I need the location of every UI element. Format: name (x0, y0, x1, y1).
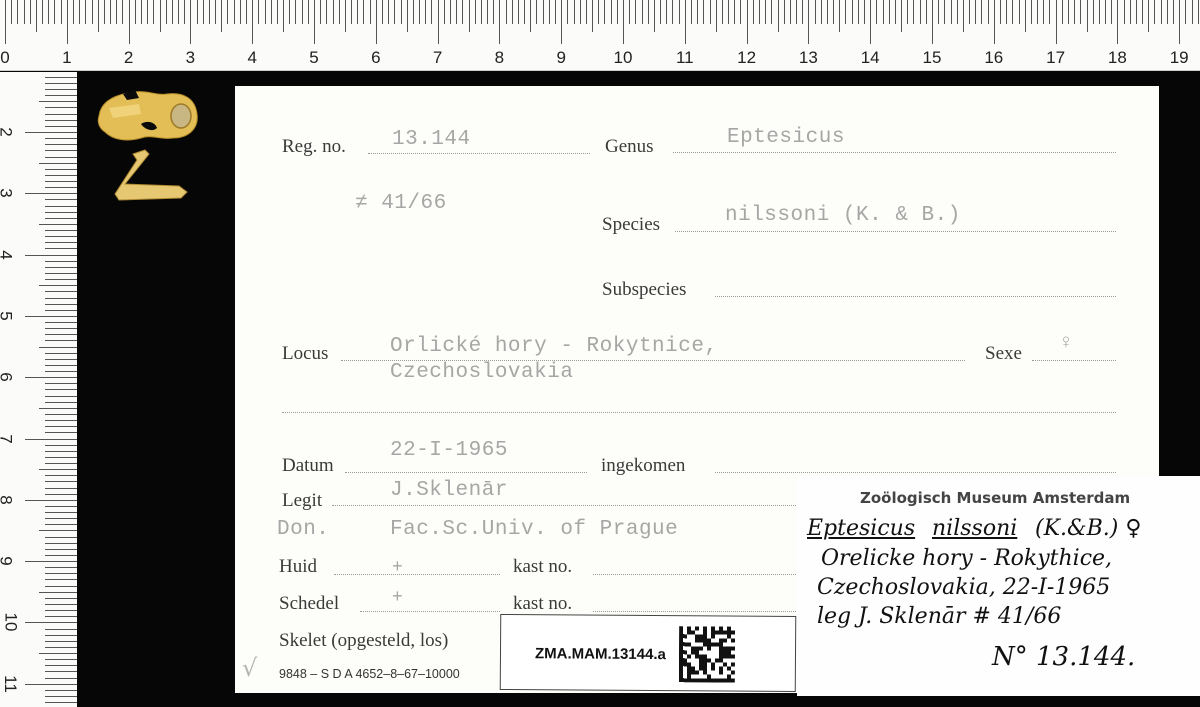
ingekomen-label: ingekomen (601, 455, 685, 477)
ruler-tick (536, 0, 537, 24)
ruler-tick (45, 107, 77, 108)
ruler-tick (703, 0, 704, 24)
ruler-tick (1031, 0, 1032, 24)
ruler-number: 15 (923, 48, 942, 68)
ruler-number: 5 (309, 48, 318, 68)
ruler-tick (258, 0, 259, 24)
ruler-tick (1006, 0, 1007, 24)
ruler-number: 18 (1108, 48, 1127, 68)
ruler-tick (45, 690, 77, 691)
ruler-tick (524, 0, 525, 24)
ruler-tick (833, 0, 834, 24)
ruler-tick (790, 0, 791, 24)
ruler-tick (45, 537, 77, 538)
datum-label: Datum (282, 455, 334, 477)
print-code: 9848 – S D A 4652–8–67–10000 (279, 667, 460, 681)
ruler-tick (39, 163, 77, 164)
ruler-number: 2 (0, 127, 16, 136)
museum-name: Zoölogisch Museum Amsterdam (860, 489, 1130, 507)
ruler-number: 2 (124, 48, 133, 68)
ruler-tick (45, 334, 77, 335)
ruler-tick (963, 0, 964, 32)
ruler-tick (308, 0, 309, 24)
jaw-icon (115, 150, 187, 200)
ruler-tick (1093, 0, 1094, 24)
ruler-number: 13 (799, 48, 818, 68)
ruler-tick (907, 0, 908, 24)
ruler-tick (413, 0, 414, 24)
ruler-tick (45, 665, 77, 666)
ruler-tick (45, 518, 77, 519)
ruler-tick (289, 0, 290, 24)
ruler-tick (845, 0, 846, 24)
ruler-tick (45, 328, 77, 329)
ruler-tick (240, 0, 241, 24)
ruler-tick (320, 0, 321, 24)
ruler-tick (1117, 0, 1118, 44)
ruler-tick (39, 592, 77, 593)
ruler-tick (39, 530, 77, 531)
ruler-tick (45, 114, 77, 115)
ruler-tick (45, 629, 77, 630)
ruler-tick (710, 0, 711, 24)
handwritten-number: N° 13.144. (992, 642, 1135, 672)
ruler-tick (45, 451, 77, 452)
ruler-tick (45, 494, 77, 495)
ruler-tick (654, 0, 655, 32)
ruler-tick (45, 696, 77, 697)
ruler-tick (45, 126, 77, 127)
ruler-tick (45, 702, 77, 703)
sexe-line (1032, 360, 1116, 361)
handwritten-genus: Eptesicus (807, 516, 915, 541)
ruler-tick (39, 347, 77, 348)
ruler-tick (45, 359, 77, 360)
ruler-tick (25, 316, 77, 317)
ruler-number: 8 (0, 495, 16, 504)
ruler-tick (36, 0, 37, 32)
ruler-tick (215, 0, 216, 24)
ruler-number: 7 (0, 434, 16, 443)
ruler-tick (994, 0, 995, 44)
ruler-tick (938, 0, 939, 24)
ruler-tick (876, 0, 877, 24)
ruler-tick (450, 0, 451, 24)
ruler-tick (45, 248, 77, 249)
ruler-tick (30, 0, 31, 24)
ruler-tick (1136, 0, 1137, 24)
museum-label: Zoölogisch Museum Amsterdam Eptesicus ni… (797, 476, 1200, 696)
ruler-tick (45, 279, 77, 280)
ruler-tick (172, 0, 173, 24)
ruler-tick (39, 653, 77, 654)
locus-extra-line (282, 412, 1116, 413)
handwritten-country-date: Czechoslovakia, 22-I-1965 (817, 575, 1110, 600)
ruler-tick (901, 0, 902, 32)
ruler-tick (135, 0, 136, 24)
ruler-tick (666, 0, 667, 24)
genus-line (673, 152, 1116, 153)
ruler-tick (728, 0, 729, 24)
ruler-tick (45, 481, 77, 482)
ruler-tick (45, 322, 77, 323)
ruler-tick (549, 0, 550, 24)
ruler-tick (25, 193, 77, 194)
ruler-tick (1142, 0, 1143, 24)
ruler-tick (39, 469, 77, 470)
ruler-tick (623, 0, 624, 44)
ruler-tick (382, 0, 383, 24)
ruler-tick (45, 635, 77, 636)
ruler-tick (1012, 0, 1013, 24)
skull-specimen-image (95, 88, 205, 208)
ruler-tick (73, 0, 74, 24)
ruler-number: 3 (186, 48, 195, 68)
barcode-label: ZMA.MAM.13144.a (500, 614, 797, 692)
ruler-tick (45, 95, 77, 96)
ruler-tick (184, 0, 185, 24)
ruler-tick (45, 616, 77, 617)
ruler-tick (45, 678, 77, 679)
ruler-number: 12 (737, 48, 756, 68)
ruler-tick (45, 586, 77, 587)
ruler-tick (209, 0, 210, 24)
locus-label: Locus (282, 343, 328, 365)
ruler-tick (734, 0, 735, 24)
ruler-tick (759, 0, 760, 24)
ruler-tick (45, 396, 77, 397)
species-label: Species (602, 214, 660, 236)
ruler-tick (17, 0, 18, 24)
ruler-tick (45, 298, 77, 299)
ruler-tick (722, 0, 723, 24)
ruler-tick (45, 475, 77, 476)
ruler-tick (295, 0, 296, 24)
ruler-tick (802, 0, 803, 24)
ruler-tick (45, 573, 77, 574)
ruler-tick (45, 555, 77, 556)
ruler-tick (45, 647, 77, 648)
ruler-tick (160, 0, 161, 32)
ruler-tick (5, 0, 6, 44)
ruler-tick (629, 0, 630, 24)
ruler-tick (314, 0, 315, 44)
ruler-tick (1087, 0, 1088, 32)
handwritten-species: nilssoni (932, 516, 1017, 541)
ruler-number: 5 (0, 311, 16, 320)
ruler-tick (1037, 0, 1038, 24)
ruler-tick (339, 0, 340, 24)
skelet-label: Skelet (opgesteld, los) (279, 630, 448, 652)
reg-no-line (368, 153, 590, 154)
reg-no-label: Reg. no. (282, 136, 346, 158)
schedel-label: Schedel (279, 593, 339, 615)
ruler-tick (679, 0, 680, 24)
ruler-tick (839, 0, 840, 32)
ruler-tick (178, 0, 179, 24)
ruler-tick (45, 457, 77, 458)
ruler-tick (67, 0, 68, 44)
huid-value: + (392, 558, 403, 578)
ruler-tick (716, 0, 717, 32)
ruler-tick (1062, 0, 1063, 24)
ruler-tick (864, 0, 865, 24)
donor-value: Fac.Sc.Univ. of Prague (390, 518, 678, 541)
ruler-tick (944, 0, 945, 24)
ruler-tick (870, 0, 871, 44)
ruler-tick (45, 414, 77, 415)
ruler-number: 4 (247, 48, 256, 68)
legit-label: Legit (282, 490, 322, 512)
top-ruler: 012345678910111213141516171819 (0, 0, 1200, 71)
ruler-tick (778, 0, 779, 32)
ruler-tick (45, 120, 77, 121)
ruler-tick (487, 0, 488, 24)
ruler-tick (462, 0, 463, 24)
ruler-tick (24, 0, 25, 24)
ruler-number: 10 (614, 48, 633, 68)
ruler-tick (858, 0, 859, 24)
ruler-tick (357, 0, 358, 24)
ruler-tick (45, 512, 77, 513)
ruler-tick (530, 0, 531, 32)
ruler-tick (821, 0, 822, 24)
ruler-tick (45, 199, 77, 200)
ruler-tick (45, 488, 77, 489)
ruler-tick (1049, 0, 1050, 24)
ruler-tick (567, 0, 568, 24)
ruler-tick (512, 0, 513, 24)
ruler-tick (25, 439, 77, 440)
huid-kast-label: kast no. (513, 556, 572, 578)
datum-value: 22-I-1965 (390, 439, 508, 462)
reg-no-value: 13.144 (392, 128, 471, 151)
handwritten-authority-sex: (K.&B.) ♀ (1035, 516, 1141, 541)
ruler-tick (252, 0, 253, 44)
ruler-tick (45, 549, 77, 550)
ruler-tick (376, 0, 377, 44)
ruler-tick (431, 0, 432, 24)
ruler-tick (808, 0, 809, 44)
ruler-tick (45, 144, 77, 145)
ruler-tick (45, 83, 77, 84)
ruler-tick (25, 132, 77, 133)
ruler-tick (740, 0, 741, 24)
ruler-tick (45, 402, 77, 403)
ruler-tick (45, 371, 77, 372)
ruler-tick (45, 340, 77, 341)
ruler-tick (45, 567, 77, 568)
ruler-tick (54, 0, 55, 24)
ruler-tick (203, 0, 204, 24)
ruler-tick (883, 0, 884, 24)
ruler-tick (45, 432, 77, 433)
ruler-tick (45, 353, 77, 354)
ruler-tick (784, 0, 785, 24)
ruler-tick (45, 138, 77, 139)
ruler-tick (481, 0, 482, 24)
ruler-tick (815, 0, 816, 24)
ruler-tick (1068, 0, 1069, 24)
ruler-number: 19 (1170, 48, 1189, 68)
ruler-tick (438, 0, 439, 44)
catalog-number: ZMA.MAM.13144.a (535, 645, 666, 663)
ruler-tick (555, 0, 556, 24)
ruler-tick (25, 684, 77, 685)
ruler-tick (45, 77, 77, 78)
ruler-number: 16 (984, 48, 1003, 68)
ruler-tick (852, 0, 853, 24)
huid-label: Huid (279, 556, 317, 578)
ruler-tick (932, 0, 933, 44)
ruler-tick (116, 0, 117, 24)
ruler-tick (370, 0, 371, 24)
ruler-tick (265, 0, 266, 24)
ruler-tick (981, 0, 982, 24)
ruler-tick (456, 0, 457, 24)
ruler-tick (277, 0, 278, 24)
field-number-value: ≠ 41/66 (355, 192, 447, 215)
ruler-number: 9 (556, 48, 565, 68)
ruler-tick (45, 212, 77, 213)
ruler-tick (1074, 0, 1075, 24)
ruler-tick (951, 0, 952, 24)
ruler-number: 11 (676, 48, 694, 68)
ruler-tick (45, 365, 77, 366)
ruler-tick (419, 0, 420, 24)
ruler-tick (604, 0, 605, 24)
ruler-tick (166, 0, 167, 24)
ruler-tick (969, 0, 970, 24)
ruler-tick (1185, 0, 1186, 24)
ruler-tick (672, 0, 673, 24)
ruler-tick (499, 0, 500, 44)
ruler-tick (61, 0, 62, 24)
ruler-tick (45, 610, 77, 611)
ruler-tick (45, 89, 77, 90)
locus-line1-value: Orlické hory - Rokytnice, (390, 335, 718, 358)
ruler-tick (104, 0, 105, 24)
ruler-tick (85, 0, 86, 24)
ruler-tick (45, 169, 77, 170)
ruler-number: 0 (0, 48, 9, 68)
ruler-tick (598, 0, 599, 24)
species-line (675, 231, 1116, 232)
ruler-tick (1179, 0, 1180, 44)
ruler-tick (685, 0, 686, 44)
ruler-tick (771, 0, 772, 24)
ruler-tick (45, 157, 77, 158)
ruler-tick (45, 267, 77, 268)
ruler-number: 10 (0, 613, 20, 632)
ruler-tick (889, 0, 890, 24)
ruler-tick (1148, 0, 1149, 32)
ruler-tick (407, 0, 408, 32)
genus-label: Genus (605, 136, 654, 158)
ruler-tick (45, 206, 77, 207)
ruler-tick (25, 500, 77, 501)
ruler-tick (141, 0, 142, 24)
ruler-number: 9 (0, 556, 16, 565)
check-mark-icon: √ (242, 654, 258, 682)
ruler-tick (129, 0, 130, 44)
ruler-tick (45, 420, 77, 421)
legit-line (332, 505, 802, 506)
ruler-tick (1080, 0, 1081, 24)
ruler-tick (1173, 0, 1174, 24)
handwritten-collector: leg J. Sklenār # 41/66 (817, 604, 1061, 629)
ruler-tick (39, 224, 77, 225)
ruler-number: 1 (62, 48, 71, 68)
donor-label: Don. (277, 518, 329, 541)
ruler-tick (363, 0, 364, 24)
ruler-tick (333, 0, 334, 24)
ruler-tick (92, 0, 93, 24)
ruler-tick (45, 261, 77, 262)
ruler-tick (574, 0, 575, 24)
ruler-tick (39, 408, 77, 409)
ruler-tick (1025, 0, 1026, 32)
ruler-tick (197, 0, 198, 24)
ruler-tick (45, 506, 77, 507)
ruler-tick (1000, 0, 1001, 24)
ruler-tick (45, 310, 77, 311)
ruler-tick (388, 0, 389, 24)
ruler-tick (518, 0, 519, 24)
ruler-tick (543, 0, 544, 24)
female-symbol-icon: ♀ (1060, 332, 1073, 355)
ruler-tick (48, 0, 49, 24)
ruler-tick (796, 0, 797, 24)
ruler-number: 11 (0, 675, 20, 693)
ruler-tick (493, 0, 494, 24)
ruler-number: 7 (433, 48, 442, 68)
ruler-tick (147, 0, 148, 24)
ruler-tick (920, 0, 921, 24)
ruler-tick (660, 0, 661, 24)
ruler-tick (561, 0, 562, 44)
ruler-tick (45, 383, 77, 384)
ruler-tick (635, 0, 636, 24)
ruler-tick (1105, 0, 1106, 24)
ruler-tick (326, 0, 327, 24)
ruler-tick (45, 304, 77, 305)
ruler-tick (1111, 0, 1112, 24)
ruler-tick (827, 0, 828, 24)
ingekomen-line (715, 472, 1116, 473)
ruler-tick (747, 0, 748, 44)
schedel-line (360, 611, 500, 612)
skull-icon (98, 90, 197, 140)
ruler-tick (42, 0, 43, 24)
ruler-number: 14 (861, 48, 880, 68)
ruler-tick (988, 0, 989, 24)
ruler-tick (110, 0, 111, 24)
ruler-tick (45, 175, 77, 176)
ruler-number: 17 (1046, 48, 1065, 68)
ruler-tick (1192, 0, 1193, 24)
ruler-tick (45, 641, 77, 642)
ruler-tick (45, 242, 77, 243)
datum-line (345, 472, 587, 473)
ruler-tick (25, 622, 77, 623)
ruler-tick (1099, 0, 1100, 24)
ruler-tick (271, 0, 272, 24)
ruler-number: 8 (495, 48, 504, 68)
ruler-tick (394, 0, 395, 24)
ruler-tick (45, 604, 77, 605)
ruler-tick (45, 598, 77, 599)
